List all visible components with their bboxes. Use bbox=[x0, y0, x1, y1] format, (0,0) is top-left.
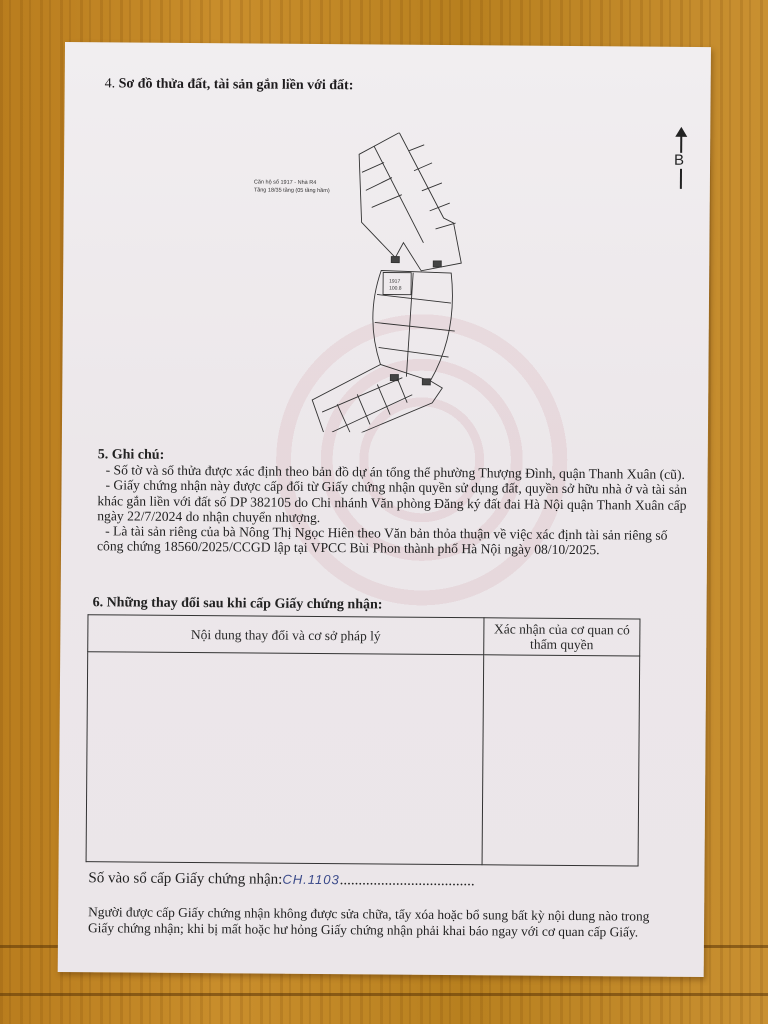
header-change-content: Nội dung thay đổi và cơ sở pháp lý bbox=[88, 615, 484, 655]
table-cell bbox=[86, 652, 484, 865]
certificate-page: 4. Sơ đồ thửa đất, tài sản gắn liền với … bbox=[58, 42, 711, 977]
svg-text:100.8: 100.8 bbox=[389, 286, 402, 292]
north-arrow: B bbox=[672, 127, 692, 189]
floor-plan-diagram: 1917 100.8 bbox=[302, 132, 504, 434]
north-label: B bbox=[674, 153, 684, 169]
footer-notice: Người được cấp Giấy chứng nhận không đượ… bbox=[88, 904, 678, 941]
table-header-row: Nội dung thay đổi và cơ sở pháp lý Xác n… bbox=[88, 615, 640, 656]
floor-seam bbox=[0, 993, 768, 996]
section-5-notes: 5. Ghi chú: - Số tờ và số thửa được xác … bbox=[97, 447, 688, 558]
svg-text:1917: 1917 bbox=[389, 279, 400, 285]
registry-handwritten-value: CH.1103 bbox=[282, 872, 339, 887]
arrow-up-icon bbox=[675, 127, 687, 137]
header-authority-confirmation: Xác nhận của cơ quan có thẩm quyền bbox=[484, 618, 640, 656]
table-cell bbox=[482, 655, 640, 866]
changes-table: Nội dung thay đổi và cơ sở pháp lý Xác n… bbox=[86, 614, 641, 866]
table-row bbox=[86, 652, 640, 866]
registry-number-line: Số vào sổ cấp Giấy chứng nhận:CH.1103...… bbox=[88, 870, 474, 890]
registry-dots: .................................... bbox=[340, 872, 475, 889]
note-item: - Giấy chứng nhận này được cấp đổi từ Gi… bbox=[97, 478, 687, 528]
registry-label: Số vào sổ cấp Giấy chứng nhận: bbox=[88, 870, 282, 888]
note-item: - Là tài sản riêng của bà Nông Thị Ngọc … bbox=[97, 523, 687, 558]
section-4-heading: 4. Sơ đồ thửa đất, tài sản gắn liền với … bbox=[105, 76, 354, 94]
section-6-heading: 6. Những thay đổi sau khi cấp Giấy chứng… bbox=[93, 595, 383, 613]
